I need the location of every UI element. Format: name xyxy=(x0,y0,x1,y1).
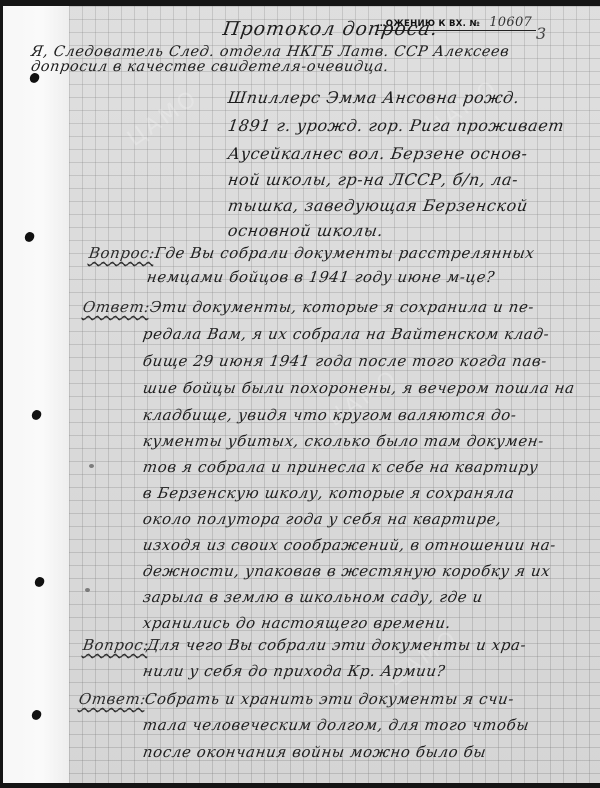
ink-spot xyxy=(85,588,90,592)
answer-line: Собрать и хранить эти документы я счи- xyxy=(144,690,516,708)
page-mark: 3 xyxy=(536,24,546,43)
witness-line: ной школы, гр-на ЛССР, б/п, ла- xyxy=(227,170,520,189)
question-line: Для чего Вы собрали эти документы и хра- xyxy=(146,636,528,654)
answer-line: тов я собрала и принесла к себе на кварт… xyxy=(142,458,540,476)
intro-line: допросил в качестве свидетеля-очевидца. xyxy=(30,59,390,75)
stamp-number: 10607 xyxy=(489,15,532,30)
scanned-document: ЦАМО ЦАМО ЦАМО ЦАМО …ОЖЕНИЮ К ВХ. № 1060… xyxy=(0,0,600,788)
question-line: немцами бойцов в 1941 году июне м-це? xyxy=(146,268,496,286)
answer-line: зарыла в землю в школьном саду, где и xyxy=(142,588,484,606)
answer-line: в Берзенскую школу, которые я сохраняла xyxy=(142,484,516,502)
question-label: Вопрос: xyxy=(82,636,151,654)
answer-label: Ответ: xyxy=(82,298,152,316)
answer-line: после окончания войны можно было бы xyxy=(142,743,488,761)
witness-line: основной школы. xyxy=(227,221,385,240)
answer-line: шие бойцы были похоронены, я вечером пош… xyxy=(142,379,576,397)
ink-spot xyxy=(89,464,94,468)
binding-margin xyxy=(3,6,69,783)
answer-line: кументы убитых, сколько было там докумен… xyxy=(142,432,546,450)
document-title: Протокол допроса. xyxy=(221,18,439,40)
witness-line: Аусейкалнес вол. Берзене основ- xyxy=(227,144,529,163)
answer-line: редала Вам, я их собрала на Вайтенском к… xyxy=(142,325,551,343)
paper-sheet: ЦАМО ЦАМО ЦАМО ЦАМО …ОЖЕНИЮ К ВХ. № 1060… xyxy=(3,6,600,783)
answer-line: Эти документы, которые я сохранила и пе- xyxy=(149,298,536,316)
intro-line: Я, Следователь След. отдела НКГБ Латв. С… xyxy=(30,44,510,60)
witness-line: тышка, заведующая Берзенской xyxy=(227,196,530,215)
witness-line: Шпиллерс Эмма Ансовна рожд. xyxy=(227,88,521,107)
answer-label: Ответ: xyxy=(78,690,148,708)
answer-line: тала человеческим долгом, для того чтобы xyxy=(142,716,531,734)
answer-line: кладбище, увидя что кругом валяются до- xyxy=(142,406,518,424)
answer-line: хранились до настоящего времени. xyxy=(142,614,453,632)
question-label: Вопрос: xyxy=(88,244,157,262)
question-line: нили у себя до прихода Кр. Армии? xyxy=(142,662,447,680)
answer-line: около полутора года у себя на квартире, xyxy=(142,510,503,528)
answer-line: изходя из своих соображений, в отношении… xyxy=(142,536,558,554)
witness-line: 1891 г. урожд. гор. Рига проживает xyxy=(227,116,566,135)
answer-line: бище 29 июня 1941 года после того когда … xyxy=(142,352,549,370)
answer-line: дежности, упаковав в жестяную коробку я … xyxy=(142,562,552,580)
question-line: Где Вы собрали документы расстрелянных xyxy=(154,244,536,262)
